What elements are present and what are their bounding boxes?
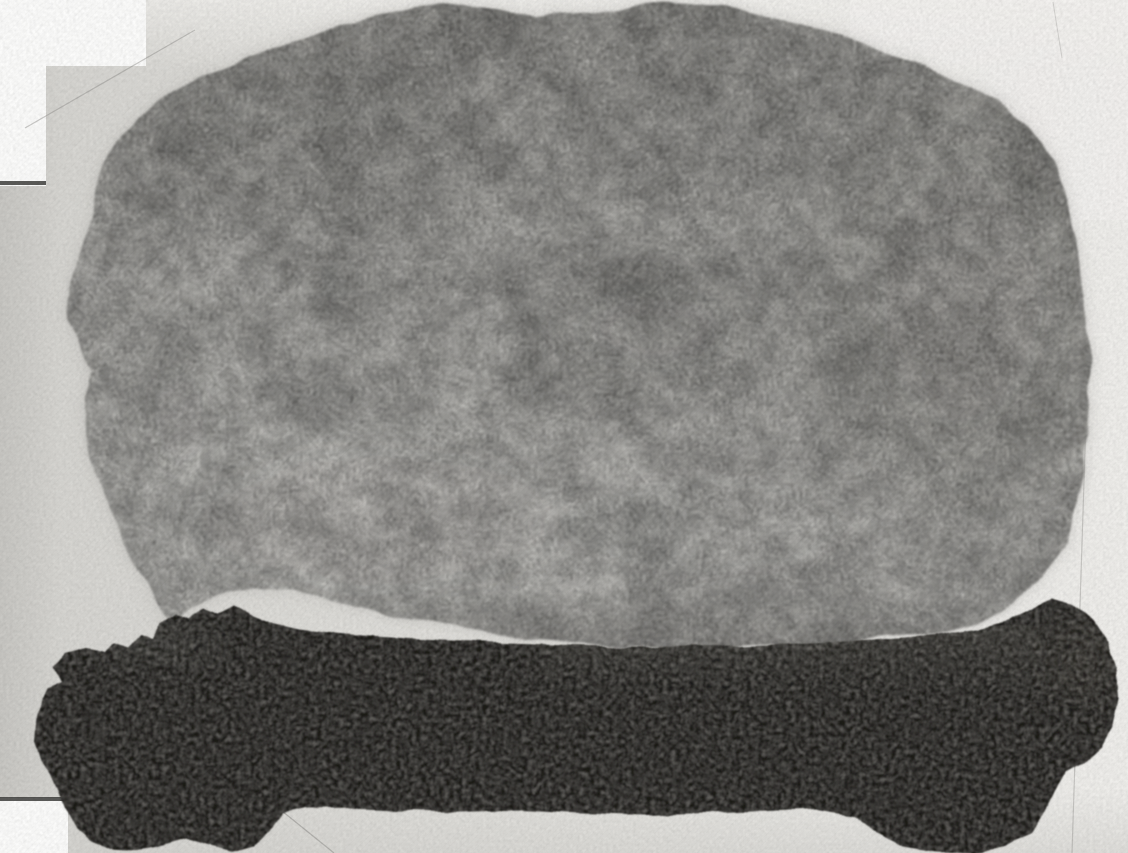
scanned-photograph [0,0,1128,853]
print-texture-overlay [0,0,1128,853]
photo-canvas [0,0,1128,853]
halftone-screen [0,0,1128,853]
